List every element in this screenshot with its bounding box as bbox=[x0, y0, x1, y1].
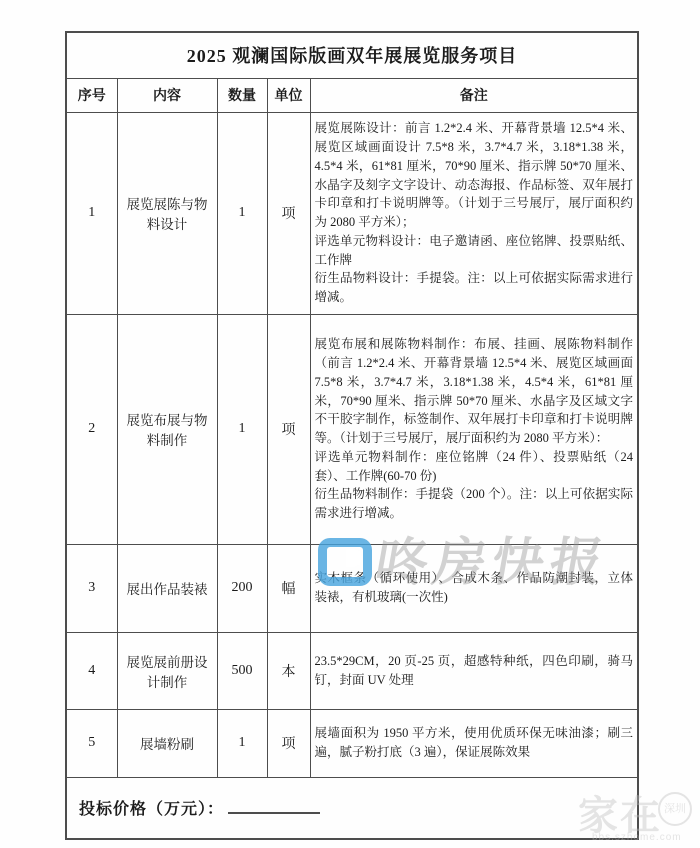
row-5-remarks: 展墙面积为 1950 平方米，使用优质环保无味油漆；刷三遍，腻子粉打底（3 遍）… bbox=[310, 709, 638, 777]
remarks-paragraph: 展览布展和展陈物料制作：布展、挂画、展陈物料制作（前言 1.2*2.4 米、开幕… bbox=[315, 335, 634, 448]
row-1-content: 展览展陈与物料设计 bbox=[117, 112, 217, 314]
row-2-unit: 项 bbox=[267, 314, 310, 544]
remarks-paragraph: 衍生品物料设计：手提袋。注：以上可依据实际需求进行增减。 bbox=[315, 269, 634, 307]
row-2-no: 2 bbox=[66, 314, 117, 544]
remarks-paragraph: 衍生品物料制作：手提袋（200 个）。注：以上可依据实际需求进行增减。 bbox=[315, 485, 634, 523]
col-header-content: 内容 bbox=[117, 78, 217, 112]
remarks-paragraph: 展墙面积为 1950 平方米，使用优质环保无味油漆；刷三遍，腻子粉打底（3 遍）… bbox=[315, 724, 634, 762]
row-2-content: 展览布展与物料制作 bbox=[117, 314, 217, 544]
row-3-unit: 幅 bbox=[267, 544, 310, 632]
table-row: 4 展览展前册设计制作 500 本 23.5*29CM，20 页-25 页，超感… bbox=[66, 632, 638, 709]
remarks-paragraph: 展览展陈设计：前言 1.2*2.4 米、开幕背景墙 12.5*4 米、展览区域画… bbox=[315, 119, 634, 232]
row-2-remarks: 展览布展和展陈物料制作：布展、挂画、展陈物料制作（前言 1.2*2.4 米、开幕… bbox=[310, 314, 638, 544]
row-4-unit: 本 bbox=[267, 632, 310, 709]
document-page: 2025 观澜国际版画双年展展览服务项目 序号 内容 数量 单位 备注 1 展览… bbox=[0, 0, 700, 848]
row-4-remarks: 23.5*29CM，20 页-25 页，超感特种纸，四色印刷，骑马钉，封面 UV… bbox=[310, 632, 638, 709]
row-3-content: 展出作品装裱 bbox=[117, 544, 217, 632]
row-3-no: 3 bbox=[66, 544, 117, 632]
remarks-paragraph: 23.5*29CM，20 页-25 页，超感特种纸，四色印刷，骑马钉，封面 UV… bbox=[315, 652, 634, 690]
remarks-paragraph: 实木框条（循环使用）、合成木条、作品防潮封装，立体装裱，有机玻璃(一次性) bbox=[315, 569, 634, 607]
row-2-qty: 1 bbox=[217, 314, 267, 544]
remarks-paragraph: 评选单元物料制作：座位铭牌（24 件）、投票贴纸（24 套）、工作牌(60-70… bbox=[315, 448, 634, 486]
table-row: 5 展墙粉刷 1 项 展墙面积为 1950 平方米，使用优质环保无味油漆；刷三遍… bbox=[66, 709, 638, 777]
bid-price-blank-line bbox=[228, 798, 320, 814]
row-1-remarks: 展览展陈设计：前言 1.2*2.4 米、开幕背景墙 12.5*4 米、展览区域画… bbox=[310, 112, 638, 314]
row-4-qty: 500 bbox=[217, 632, 267, 709]
row-5-qty: 1 bbox=[217, 709, 267, 777]
shenzhen-circle-badge: 深圳 bbox=[658, 792, 692, 826]
remarks-paragraph: 评选单元物料设计：电子邀请函、座位铭牌、投票贴纸、工作牌 bbox=[315, 232, 634, 270]
row-1-no: 1 bbox=[66, 112, 117, 314]
row-1-qty: 1 bbox=[217, 112, 267, 314]
row-3-remarks: 实木框条（循环使用）、合成木条、作品防潮封装，立体装裱，有机玻璃(一次性) bbox=[310, 544, 638, 632]
bid-price-label: 投标价格（万元）： bbox=[79, 801, 224, 818]
row-4-content: 展览展前册设计制作 bbox=[117, 632, 217, 709]
row-5-no: 5 bbox=[66, 709, 117, 777]
col-header-qty: 数量 bbox=[217, 78, 267, 112]
col-header-remarks: 备注 bbox=[310, 78, 638, 112]
row-1-unit: 项 bbox=[267, 112, 310, 314]
row-5-content: 展墙粉刷 bbox=[117, 709, 217, 777]
row-3-qty: 200 bbox=[217, 544, 267, 632]
row-4-no: 4 bbox=[66, 632, 117, 709]
table-title: 2025 观澜国际版画双年展展览服务项目 bbox=[66, 32, 638, 78]
col-header-no: 序号 bbox=[66, 78, 117, 112]
row-5-unit: 项 bbox=[267, 709, 310, 777]
table-row: 2 展览布展与物料制作 1 项 展览布展和展陈物料制作：布展、挂画、展陈物料制作… bbox=[66, 314, 638, 544]
table-row: 3 展出作品装裱 200 幅 实木框条（循环使用）、合成木条、作品防潮封装，立体… bbox=[66, 544, 638, 632]
col-header-unit: 单位 bbox=[267, 78, 310, 112]
table-row: 1 展览展陈与物料设计 1 项 展览展陈设计：前言 1.2*2.4 米、开幕背景… bbox=[66, 112, 638, 314]
service-items-table: 2025 观澜国际版画双年展展览服务项目 序号 内容 数量 单位 备注 1 展览… bbox=[65, 31, 639, 840]
bid-price-row: 投标价格（万元）： bbox=[66, 777, 638, 839]
